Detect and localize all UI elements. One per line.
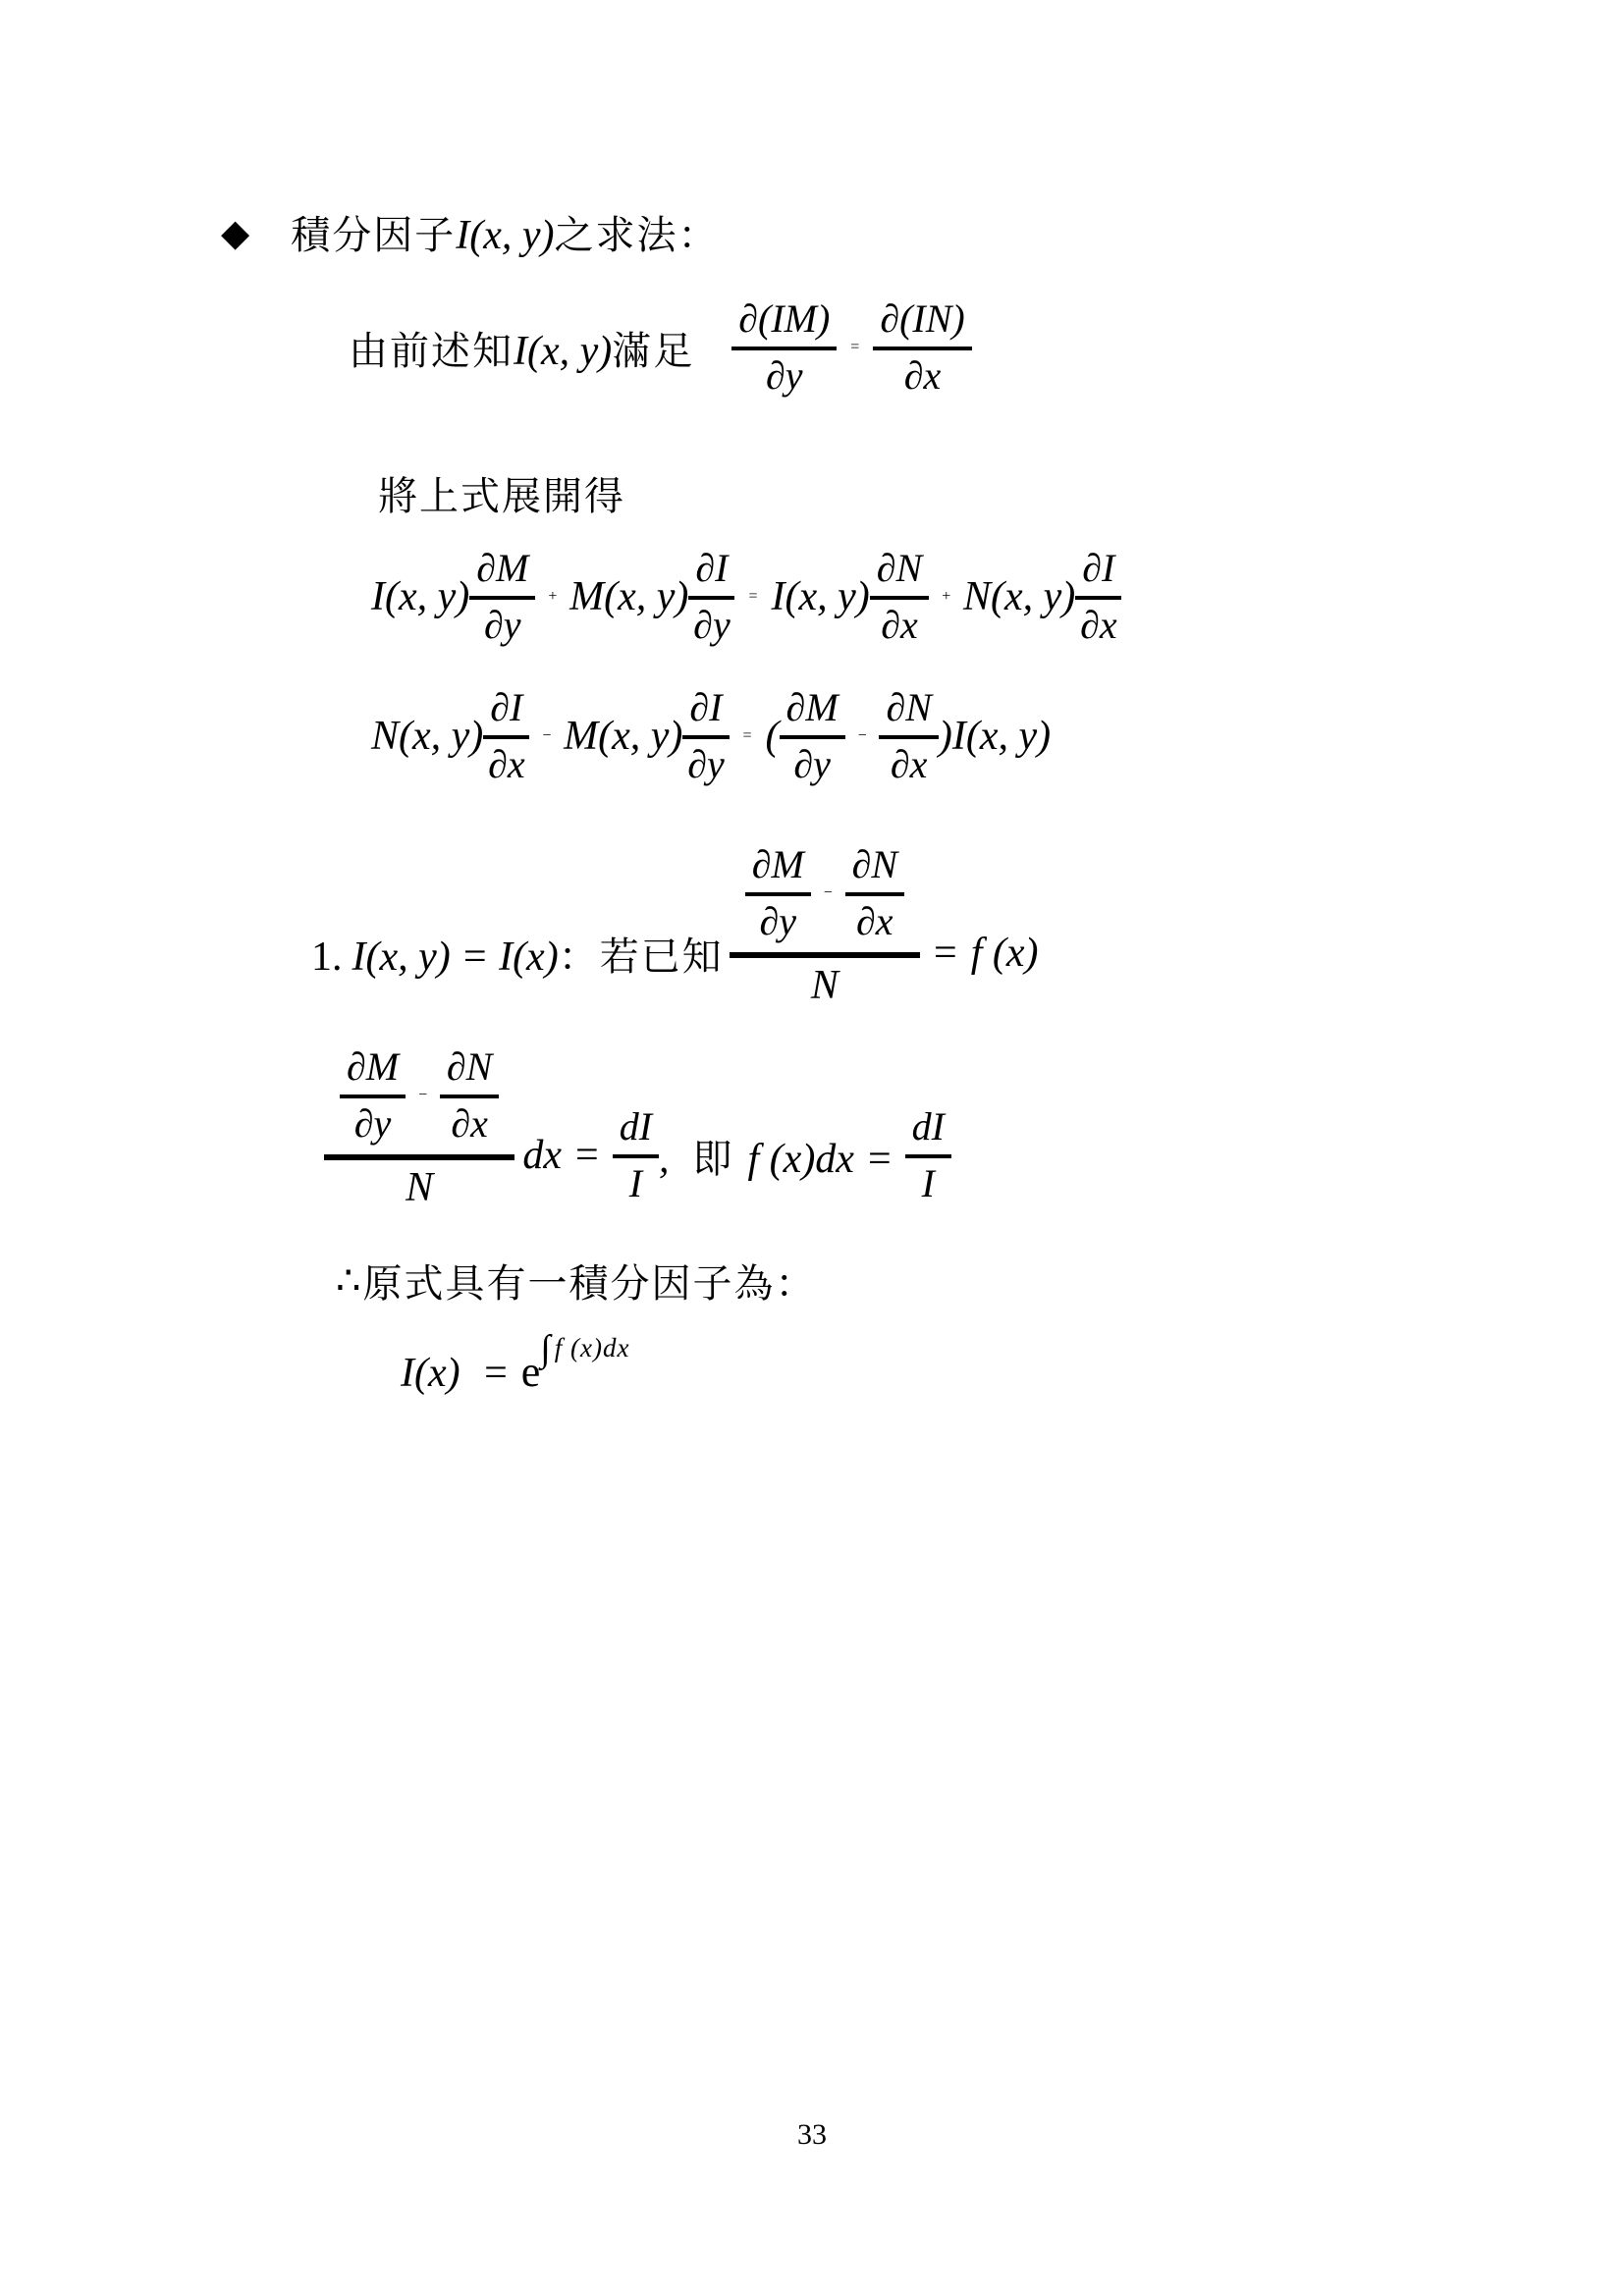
- that-is-text: 即: [693, 1128, 734, 1184]
- big-fraction-denominator: N: [406, 1160, 433, 1211]
- equation-result: I(x) =e∫f (x)dx: [401, 1347, 629, 1397]
- exponent-text: f (x)dx: [555, 1333, 630, 1362]
- fraction-dM-dy: ∂M ∂y: [780, 685, 845, 787]
- fraction-dN-dx: ∂N ∂x: [879, 685, 938, 787]
- fraction-denominator: ∂x: [891, 739, 928, 787]
- fraction-denominator: ∂y: [484, 600, 521, 648]
- big-fraction-numerator: ∂M ∂y − ∂N ∂x: [730, 840, 920, 958]
- fraction-denominator: ∂y: [793, 739, 831, 787]
- fraction-numerator: ∂I: [682, 685, 729, 739]
- diamond-bullet-icon: ◆: [221, 211, 249, 254]
- heading-math: I(x, y): [456, 212, 554, 259]
- equals-sign: =: [934, 930, 957, 977]
- conclusion-text: 原式具有一積分因子為：: [362, 1253, 816, 1308]
- fraction-numerator: ∂N: [440, 1044, 499, 1098]
- section-heading: ◆ 積分因子 I(x, y) 之求法：: [221, 204, 719, 260]
- result-lhs: I(x): [401, 1351, 460, 1396]
- fraction-numerator: ∂M: [780, 685, 845, 739]
- fraction-denominator: ∂y: [693, 600, 731, 648]
- term-I: I(x, y): [952, 713, 1051, 760]
- case-colon: ：: [559, 926, 600, 982]
- fraction-denominator: ∂x: [488, 739, 525, 787]
- fraction-dI-dx: ∂I ∂x: [483, 685, 529, 787]
- fraction-dI-dy: ∂I ∂y: [688, 546, 734, 648]
- minus-sign: −: [541, 727, 552, 745]
- fraction-numerator: ∂M: [340, 1044, 406, 1098]
- big-fraction-condition: ∂M ∂y − ∂N ∂x N: [730, 840, 920, 1009]
- page-number: 33: [0, 2118, 1624, 2152]
- term-fxdx: f (x)dx: [748, 1136, 854, 1183]
- minus-sign: −: [417, 1087, 428, 1104]
- equation-rearranged: N(x, y) ∂I ∂x − M(x, y) ∂I ∂y = ( ∂M ∂y …: [371, 685, 1051, 787]
- fraction-dN-dx: ∂N ∂x: [845, 842, 904, 944]
- fraction-dIM-dy: ∂(IM) ∂y: [731, 296, 837, 399]
- fraction-dIN-dx: ∂(IN) ∂x: [873, 296, 971, 399]
- heading-text-pre: 積分因子: [291, 204, 456, 260]
- plus-sign: +: [547, 588, 558, 606]
- term-N: N(x, y): [371, 713, 483, 760]
- term-N: N(x, y): [963, 573, 1075, 620]
- euler-e: e: [521, 1348, 541, 1396]
- case-rhs: f (x): [971, 930, 1039, 977]
- fraction-denominator: ∂y: [687, 739, 725, 787]
- fraction-denominator: ∂x: [881, 600, 918, 648]
- equation-premise: 由前述知 I(x, y) 滿足 ∂(IM) ∂y = ∂(IN) ∂x: [349, 296, 972, 399]
- premise-text-pre: 由前述知: [349, 320, 514, 376]
- big-fraction-condition: ∂M ∂y − ∂N ∂x N: [324, 1042, 514, 1211]
- fraction-dM-dy: ∂M ∂y: [745, 842, 811, 944]
- heading-text-post: 之求法：: [554, 204, 719, 260]
- fraction-dI-I: dI I: [613, 1104, 659, 1206]
- fraction-dN-dx: ∂N ∂x: [870, 546, 929, 648]
- fraction-dI-dy: ∂I ∂y: [682, 685, 729, 787]
- left-paren: (: [766, 713, 780, 760]
- fraction-numerator: dI: [613, 1104, 659, 1158]
- right-paren: ): [939, 713, 952, 760]
- big-fraction-numerator: ∂M ∂y − ∂N ∂x: [324, 1042, 514, 1160]
- term-M: M(x, y): [569, 573, 688, 620]
- fraction-numerator: ∂(IM): [731, 296, 837, 350]
- term-I: I(x, y): [772, 573, 870, 620]
- fraction-dI-dx: ∂I ∂x: [1075, 546, 1121, 648]
- premise-math: I(x, y): [514, 328, 612, 375]
- equals-sign: =: [850, 339, 859, 356]
- fraction-numerator: ∂M: [469, 546, 535, 600]
- fraction-denominator: I: [629, 1158, 642, 1206]
- fraction-denominator: ∂x: [904, 350, 942, 399]
- equation-expanded: I(x, y) ∂M ∂y + M(x, y) ∂I ∂y = I(x, y) …: [371, 546, 1121, 648]
- fraction-numerator: ∂(IN): [873, 296, 971, 350]
- fraction-dN-dx: ∂N ∂x: [440, 1044, 499, 1147]
- equals-sign: =: [575, 1132, 599, 1179]
- term-dx: dx: [522, 1132, 562, 1179]
- fraction-denominator: ∂x: [451, 1098, 488, 1147]
- term-M: M(x, y): [564, 713, 682, 760]
- premise-text-post: 滿足: [612, 320, 694, 376]
- fraction-numerator: ∂I: [483, 685, 529, 739]
- fraction-denominator: ∂x: [1080, 600, 1117, 648]
- equals-sign: =: [748, 588, 757, 606]
- fraction-numerator: ∂I: [688, 546, 734, 600]
- comma: ,: [659, 1136, 670, 1183]
- fraction-numerator: ∂N: [879, 685, 938, 739]
- fraction-numerator: ∂N: [845, 842, 904, 896]
- fraction-dM-dy: ∂M ∂y: [340, 1044, 406, 1147]
- fraction-numerator: ∂N: [870, 546, 929, 600]
- equals-sign: =: [743, 727, 752, 745]
- plus-sign: +: [941, 588, 951, 606]
- result-exponent: ∫f (x)dx: [540, 1333, 629, 1362]
- case-1-statement: 1. I(x, y) = I(x) ： 若已知 ∂M ∂y − ∂N ∂x N …: [311, 840, 1039, 1009]
- therefore-symbol: ∴: [336, 1257, 360, 1304]
- equals-sign: =: [484, 1351, 508, 1396]
- fraction-numerator: dI: [905, 1104, 951, 1158]
- fraction-denominator: ∂y: [766, 350, 803, 399]
- fraction-denominator: I: [922, 1158, 935, 1206]
- minus-sign: −: [823, 884, 834, 902]
- big-fraction-denominator: N: [811, 958, 839, 1009]
- fraction-dI-I: dI I: [905, 1104, 951, 1206]
- fraction-denominator: ∂y: [354, 1098, 392, 1147]
- case-known-text: 若已知: [600, 926, 724, 982]
- fraction-denominator: ∂y: [759, 896, 796, 944]
- minus-sign: −: [857, 727, 868, 745]
- case-lhs-math: I(x, y) = I(x): [352, 934, 559, 981]
- fraction-numerator: ∂M: [745, 842, 811, 896]
- term-I: I(x, y): [371, 573, 469, 620]
- expand-statement: 將上式展開得: [378, 465, 625, 521]
- equals-sign: =: [868, 1136, 892, 1183]
- expand-text: 將上式展開得: [378, 465, 625, 521]
- conclusion-statement: ∴ 原式具有一積分因子為：: [336, 1253, 816, 1308]
- document-page: ◆ 積分因子 I(x, y) 之求法： 由前述知 I(x, y) 滿足 ∂(IM…: [0, 0, 1624, 2296]
- integral-sign: ∫: [540, 1328, 551, 1369]
- fraction-dM-dy: ∂M ∂y: [469, 546, 535, 648]
- equation-separated: ∂M ∂y − ∂N ∂x N dx = dI I , 即 f (x)dx =: [324, 1042, 951, 1211]
- item-number: 1.: [311, 934, 343, 981]
- fraction-numerator: ∂I: [1075, 546, 1121, 600]
- fraction-denominator: ∂x: [856, 896, 893, 944]
